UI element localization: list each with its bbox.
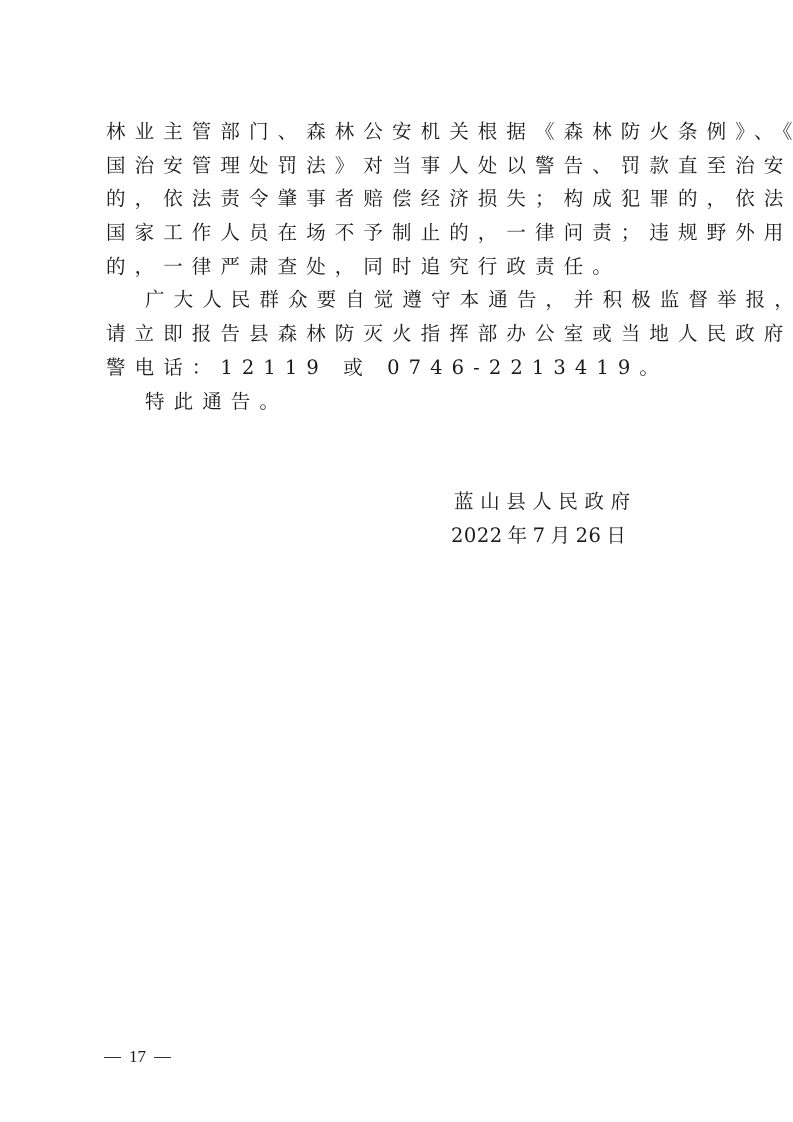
text-line: 广大人民群众要自觉遵守本通告，并积极监督举报，一旦发生火情， [106,283,692,317]
date-year-unit: 年 [508,524,528,547]
page-number-value: 17 [129,1047,146,1066]
signature-block: 蓝山县人民政府 2022年7月26日 [451,485,637,553]
document-page: 林业主管部门、森林公安机关根据《森林防火条例》、《中华人民共和 国治安管理处罚法… [0,0,793,1122]
date-month-unit: 月 [551,524,571,547]
issuing-organization: 蓝山县人民政府 [451,485,637,519]
page-number: 17 [104,1045,171,1069]
paragraph-closing: 特此通告。 [106,385,692,419]
text-line: 林业主管部门、森林公安机关根据《森林防火条例》、《中华人民共和 [106,115,692,149]
paragraph-public-reporting: 广大人民群众要自觉遵守本通告，并积极监督举报，一旦发生火情， 请立即报告县森林防… [106,283,692,384]
paragraph-penalties: 林业主管部门、森林公安机关根据《森林防火条例》、《中华人民共和 国治安管理处罚法… [106,115,692,283]
date-day: 26 [576,524,602,547]
closing-line: 特此通告。 [106,385,692,419]
date-month: 7 [533,524,546,547]
text-line: 请立即报告县森林防灭火指挥部办公室或当地人民政府。蓝山县森林火 [106,317,692,351]
text-line: 国家工作人员在场不予制止的，一律问责；违规野外用火引发森林火灾 [106,216,692,250]
text-line: 的，一律严肃查处，同时追究行政责任。 [106,250,692,284]
document-body: 林业主管部门、森林公安机关根据《森林防火条例》、《中华人民共和 国治安管理处罚法… [106,115,692,418]
date-year: 2022 [451,524,503,547]
text-line: 国治安管理处罚法》对当事人处以警告、罚款直至治安拘留；造成损失 [106,149,692,183]
dash-right-icon [154,1057,171,1058]
issue-date: 2022年7月26日 [451,519,637,553]
text-line-phone: 警电话：12119 或 0746-2213419。 [106,351,692,385]
dash-left-icon [104,1057,121,1058]
text-line: 的，依法责令肇事者赔偿经济损失；构成犯罪的，依法追究刑事责任。 [106,182,692,216]
date-day-unit: 日 [606,524,626,547]
